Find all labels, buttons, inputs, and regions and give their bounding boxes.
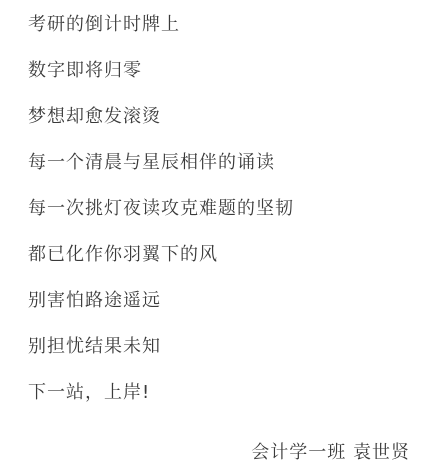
poem-line: 别担忧结果未知 bbox=[28, 337, 410, 356]
poem-page: 考研的倒计时牌上 数字即将归零 梦想却愈发滚烫 每一个清晨与星辰相伴的诵读 每一… bbox=[0, 0, 432, 464]
poem-line: 别害怕路途遥远 bbox=[28, 291, 410, 310]
poem-line: 考研的倒计时牌上 bbox=[28, 15, 410, 34]
poem-line: 梦想却愈发滚烫 bbox=[28, 107, 410, 126]
poem-line: 都已化作你羽翼下的风 bbox=[28, 245, 410, 264]
poem-line: 下一站，上岸! bbox=[28, 383, 410, 402]
signature-line: 会计学一班 袁世贤 bbox=[28, 429, 410, 462]
poem-line: 每一次挑灯夜读攻克难题的坚韧 bbox=[28, 199, 410, 218]
poem-line: 每一个清晨与星辰相伴的诵读 bbox=[28, 153, 410, 172]
poem-line: 数字即将归零 bbox=[28, 61, 410, 80]
